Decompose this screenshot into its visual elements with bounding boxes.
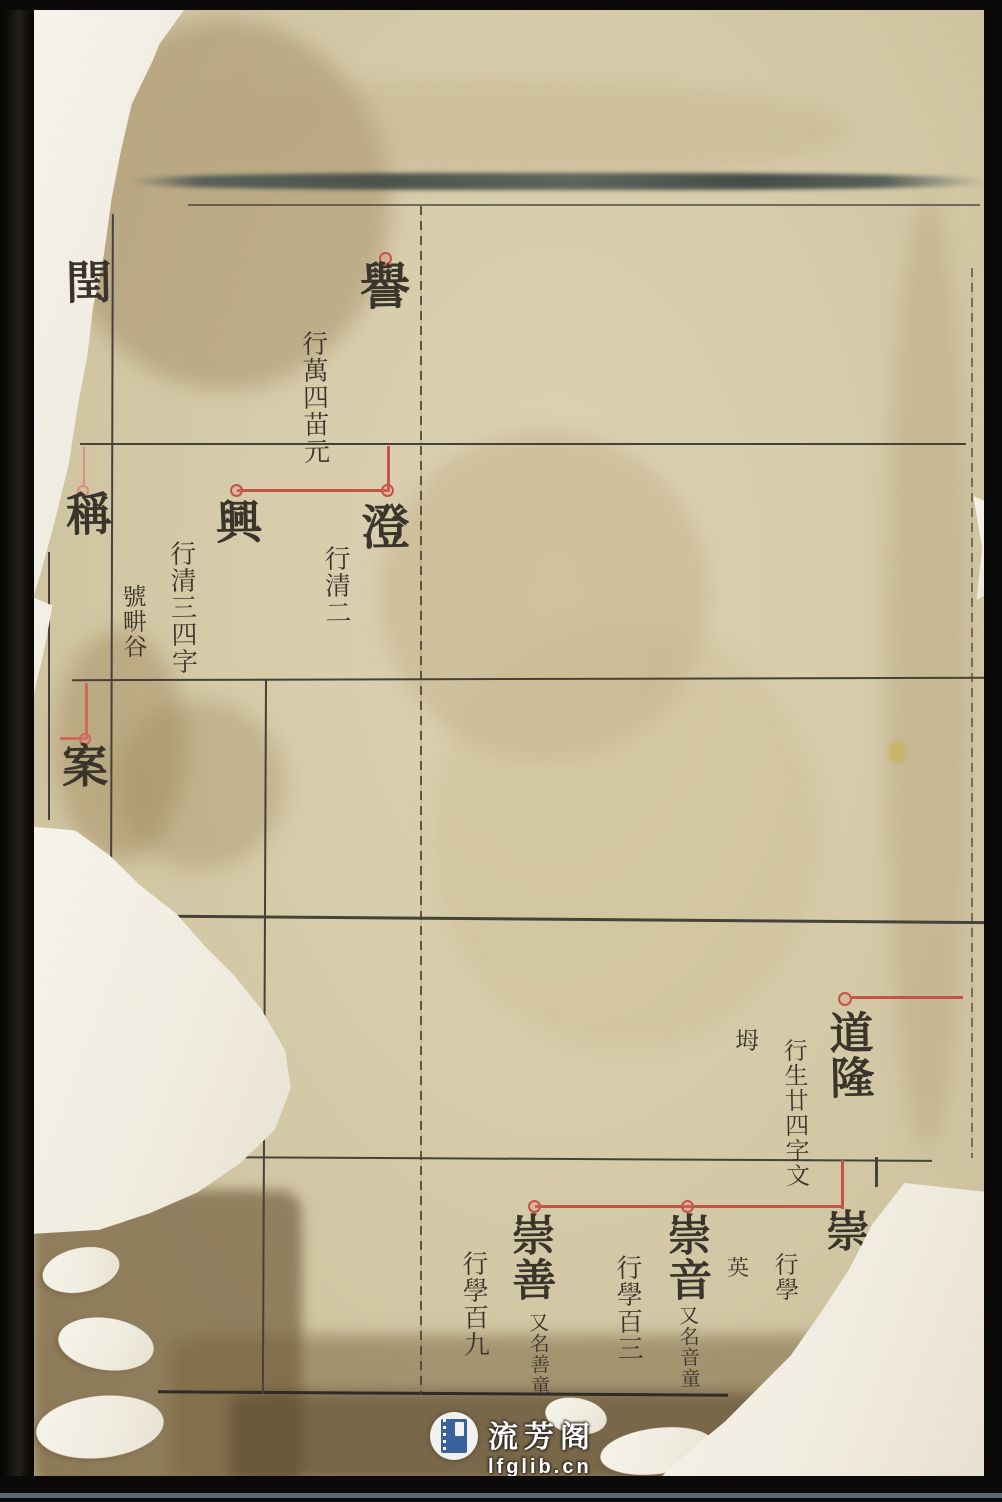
watermark-logo-circle xyxy=(430,1412,478,1460)
red-circle-xing xyxy=(230,484,243,497)
person-name-daolong: 道隆 xyxy=(823,1010,870,1101)
margin-label-an: 案 xyxy=(58,742,106,790)
red-stub-cheng-margin xyxy=(83,447,85,485)
stain-left-mid xyxy=(115,700,285,870)
person-note-chong-torn-2: 英 xyxy=(724,1256,747,1279)
rule-top-thin xyxy=(188,204,980,206)
stain-center xyxy=(430,620,820,1050)
red-stub-an-vertical xyxy=(85,683,88,739)
person-note-xing-1: 行清三四字 xyxy=(167,540,196,675)
person-note-xing-2: 號畊谷 xyxy=(119,584,145,659)
rule-row1-bottom xyxy=(80,443,966,445)
red-line-to-daolong xyxy=(851,996,963,999)
person-note-daolong-2: 坶 xyxy=(732,1028,757,1053)
person-name-xing: 興 xyxy=(212,498,260,546)
frame-top-edge xyxy=(0,0,1002,10)
watermark-site-name: 流芳阁 xyxy=(488,1412,596,1456)
person-note-chongyin: 行學百三 xyxy=(613,1254,641,1362)
line-right-border xyxy=(971,268,973,1158)
red-drop-row5 xyxy=(841,1160,844,1209)
red-circle-daolong xyxy=(838,992,852,1006)
stain-right-band xyxy=(885,200,970,1150)
red-sibling-bar-row2 xyxy=(237,489,390,492)
person-note-daolong-1: 行生廿四字文 xyxy=(781,1038,808,1188)
line-left-outer xyxy=(48,552,50,820)
person-name-cheng: 澄 xyxy=(355,501,405,551)
line-center-dotted xyxy=(420,206,422,1394)
scanner-bottom-edge-line xyxy=(0,1493,1002,1498)
stain-yellow-dot xyxy=(888,740,906,764)
person-note-chong-torn-1: 行學 xyxy=(772,1252,797,1302)
margin-label-run: 閏 xyxy=(62,258,110,306)
person-note-yu: 行萬四苗元 xyxy=(299,330,328,465)
margin-label-cheng: 稱 xyxy=(62,490,110,538)
frame-right-edge xyxy=(984,0,1002,1502)
person-note-chongshan: 行學百九 xyxy=(459,1250,487,1358)
person-name-chong-torn: 崇 xyxy=(820,1208,866,1254)
book-spine-shadow xyxy=(0,0,34,1502)
line-bottom-right-stub xyxy=(875,1157,878,1187)
person-name-chongyin: 崇音 xyxy=(661,1212,708,1303)
red-circle-cheng xyxy=(381,484,394,497)
person-note-cheng: 行清二 xyxy=(321,545,349,626)
watermark: 流芳阁 lfglib.cn xyxy=(430,1412,596,1479)
chinese-book-icon xyxy=(441,1419,467,1453)
person-name-chongshan: 崇善 xyxy=(505,1212,552,1303)
person-alias-chongshan: 又名善童 xyxy=(527,1312,550,1397)
stain-top-band xyxy=(150,80,850,180)
frame-bottom-edge xyxy=(0,1476,1002,1502)
top-smudged-rule xyxy=(130,173,986,190)
scanned-genealogy-page: 閏 稱 案 譽 行萬四苗元 興 行清三四字 號畊谷 澄 行清二 道隆 行生廿四字… xyxy=(0,0,1002,1502)
person-name-yu: 譽 xyxy=(355,259,407,311)
person-alias-chongyin: 又名音童 xyxy=(677,1305,700,1390)
